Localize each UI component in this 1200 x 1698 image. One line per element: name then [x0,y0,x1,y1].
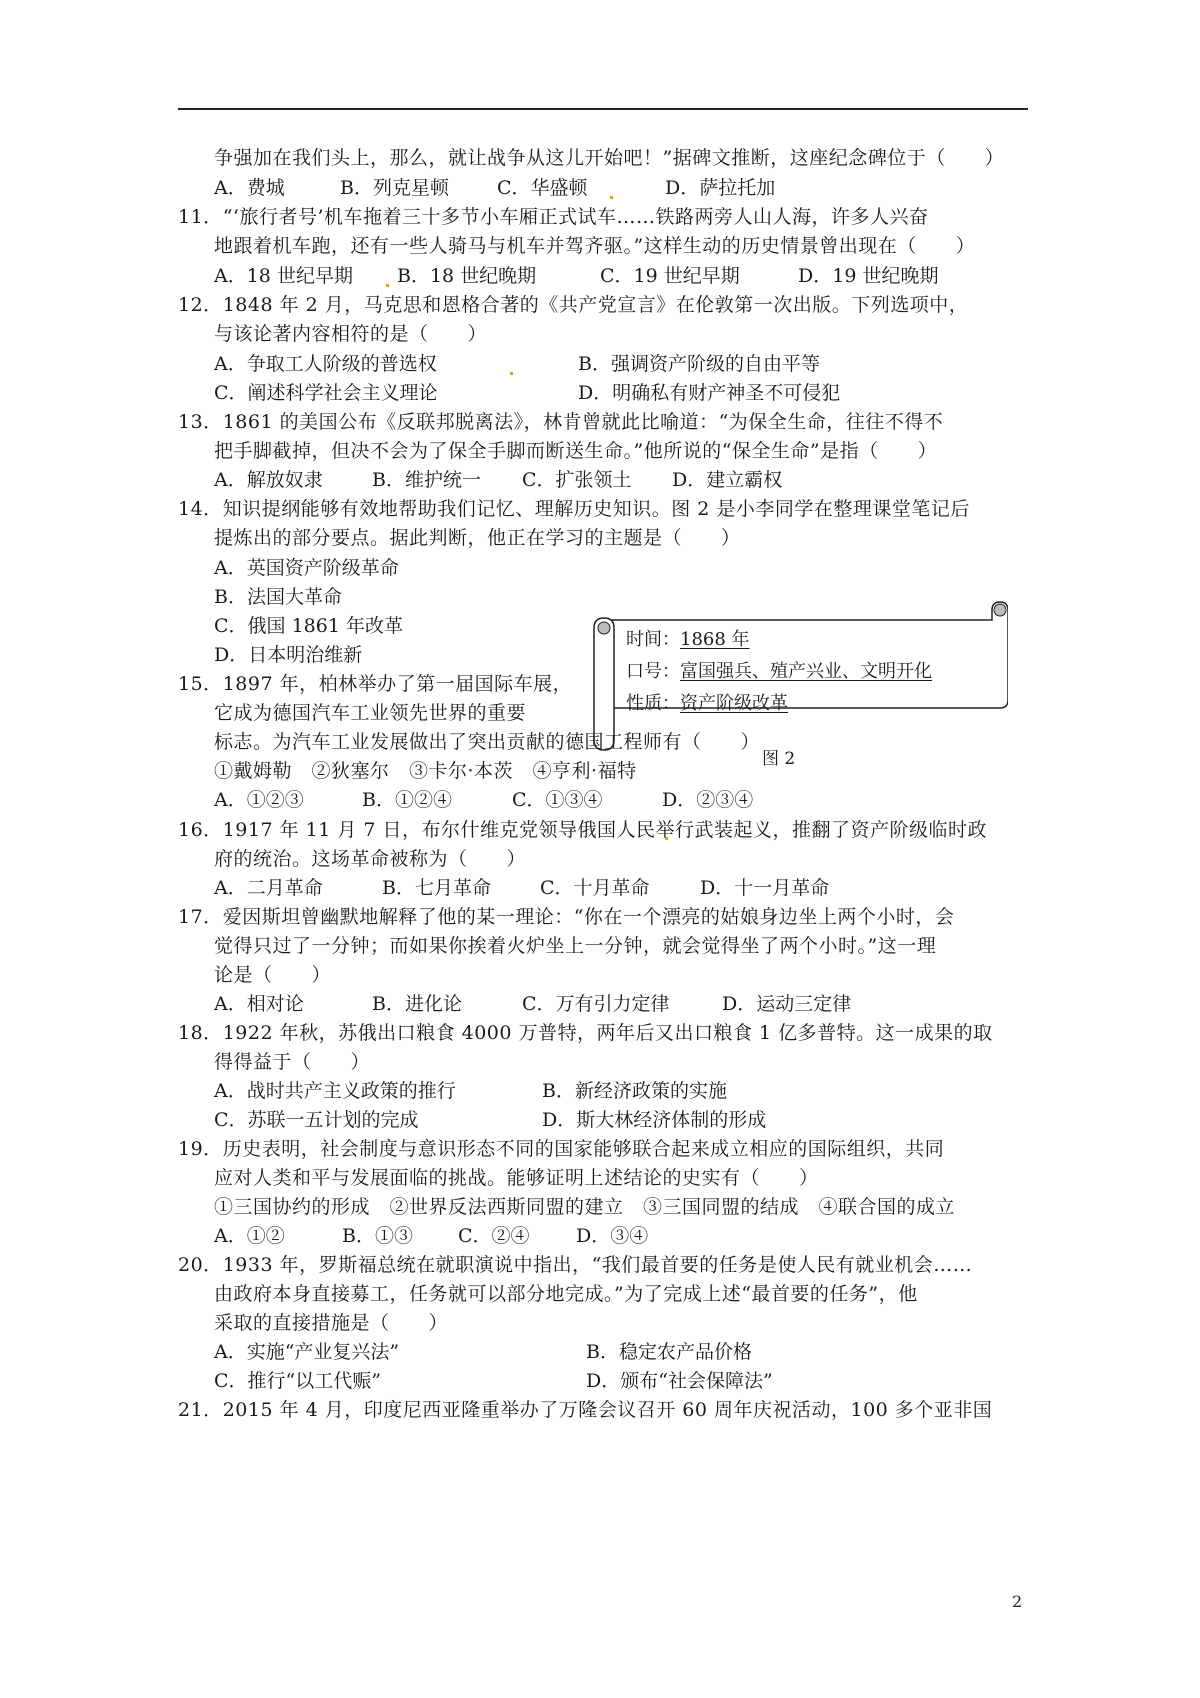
q15-option-c: C．①③④ [512,788,603,812]
figure-value-slogan: 富国强兵、殖产兴业、文明开化 [680,661,932,682]
q12-option-a: A．争取工人阶级的普选权 [214,352,437,376]
highlight-mark [510,372,513,375]
q17-line-3: 论是（ ） [214,963,331,987]
q16-option-c: C．十月革命 [540,876,650,900]
q20-option-c: C．推行“以工代赈” [214,1369,381,1393]
q12-line-2: 与该论著内容相符的是（ ） [214,322,487,346]
q12-option-d: D．明确私有财产神圣不可侵犯 [578,381,840,405]
q17-text: 17．爱因斯坦曾幽默地解释了他的某一理论：“你在一个漂亮的姑娘身边坐上两个小时，… [178,905,954,929]
figure-value-time: 1868 年 [680,629,750,650]
q15-items: ①戴姆勒 ②狄塞尔 ③卡尔·本茨 ④亨利·福特 [214,759,637,783]
q15-line-3: 标志。为汽车工业发展做出了突出贡献的德国工程师有（ ） [214,730,760,754]
q11-number: 11． [178,206,223,228]
highlight-mark [665,837,668,840]
q19-option-b: B．①③ [342,1224,413,1248]
q13-option-d: D．建立霸权 [672,468,782,492]
q11-option-d: D．19 世纪晚期 [798,264,938,288]
q18-option-c: C．苏联一五计划的完成 [214,1108,419,1132]
q10-option-d: D．萨拉托加 [665,176,775,200]
q15-option-b: B．①②④ [362,788,452,812]
figure-row-slogan: 口号：富国强兵、殖产兴业、文明开化 [626,660,932,684]
page-number: 2 [1012,1592,1022,1611]
q13-option-b: B．维护统一 [372,468,481,492]
q19-items: ①三国协约的形成 ②世界反法西斯同盟的建立 ③三国同盟的结成 ④联合国的成立 [214,1195,955,1219]
q20-line-3: 采取的直接措施是（ ） [214,1311,448,1335]
q11-option-b: B．18 世纪晚期 [397,264,536,288]
q17-option-d: D．运动三定律 [722,992,851,1016]
q11-text: 11．“‘旅行者号’机车拖着三十多节小车厢正式试车……铁路两旁人山人海，许多人兴… [178,205,928,229]
q19-option-d: D．③④ [576,1224,648,1248]
q14-text: 14．知识提纲能够有效地帮助我们记忆、理解历史知识。图 2 是小李同学在整理课堂… [178,497,970,521]
q15-option-a: A．①②③ [214,788,304,812]
q20-text: 20．1933 年，罗斯福总统在就职演说中指出，“我们最首要的任务是使人民有就业… [178,1253,972,1277]
q17-option-b: B．进化论 [372,992,462,1016]
q15-line-2: 它成为德国汽车工业领先世界的重要 [214,701,526,725]
highlight-mark [610,196,613,199]
figure-row-nature: 性质：资产阶级改革 [626,692,788,716]
q13-option-a: A．解放奴隶 [214,468,323,492]
q16-option-d: D．十一月革命 [700,876,829,900]
q14-option-a: A．英国资产阶级革命 [214,556,399,580]
q10-line-1: 争强加在我们头上，那么，就让战争从这儿开始吧！”据碑文推断，这座纪念碑位于（ ） [214,146,1004,170]
q15-option-d: D．②③④ [662,788,753,812]
q17-line-2: 觉得只过了一分钟；而如果你挨着火炉坐上一分钟，就会觉得坐了两个小时。”这一理 [214,934,936,958]
q15-text: 15．1897 年，柏林举办了第一届国际车展， [178,672,572,696]
q16-text: 16．1917 年 11 月 7 日，布尔什维克党领导俄国人民举行武装起义，推翻… [178,818,987,842]
q11-option-a: A．18 世纪早期 [214,264,353,288]
highlight-mark [386,284,389,287]
q17-option-c: C．万有引力定律 [522,992,670,1016]
q12-text: 12．1848 年 2 月，马克思和恩格合著的《共产党宣言》在伦敦第一次出版。下… [178,293,968,317]
q11-line-2: 地跟着机车跑，还有一些人骑马与机车并驾齐驱。”这样生动的历史情景曾出现在（ ） [214,234,975,258]
q18-option-b: B．新经济政策的实施 [542,1079,727,1103]
q20-option-b: B．稳定农产品价格 [586,1340,752,1364]
q16-option-b: B．七月革命 [382,876,491,900]
header-rule [178,108,1028,110]
figure-caption: 图 2 [762,744,795,769]
q16-option-a: A．二月革命 [214,876,323,900]
q12-option-b: B．强调资产阶级的自由平等 [578,352,820,376]
q18-line-2: 得得益于（ ） [214,1050,370,1074]
q19-option-a: A．①② [214,1224,285,1248]
q13-text: 13．1861 的美国公布《反联邦脱离法》，林肯曾就此比喻道：“为保全生命，往往… [178,410,943,434]
q19-text: 19．历史表明，社会制度与意识形态不同的国家能够联合起来成立相应的国际组织，共同 [178,1137,944,1161]
q20-line-2: 由政府本身直接募工，任务就可以部分地完成。”为了完成上述“最首要的任务”，他 [214,1282,918,1306]
q18-option-a: A．战时共产主义政策的推行 [214,1079,456,1103]
q10-option-a: A．费城 [214,176,285,200]
q12-option-c: C．阐述科学社会主义理论 [214,381,438,405]
q19-option-c: C．②④ [458,1224,530,1248]
figure-row-time: 时间：1868 年 [626,628,750,652]
q21-text: 21．2015 年 4 月，印度尼西亚隆重举办了万隆会议召开 60 周年庆祝活动… [178,1398,992,1422]
figure-value-nature: 资产阶级改革 [680,693,788,714]
q19-line-2: 应对人类和平与发展面临的挑战。能够证明上述结论的史实有（ ） [214,1166,819,1190]
q14-option-b: B．法国大革命 [214,585,342,609]
q11-option-c: C．19 世纪早期 [600,264,740,288]
q13-line-2: 把手脚截掉，但决不会为了保全手脚而断送生命。”他所说的“保全生命”是指（ ） [214,439,937,463]
q18-option-d: D．斯大林经济体制的形成 [542,1108,766,1132]
q17-option-a: A．相对论 [214,992,304,1016]
q13-option-c: C．扩张领土 [522,468,632,492]
q10-option-b: B．列克星顿 [340,176,449,200]
q10-option-c: C．华盛顿 [497,176,588,200]
q20-option-a: A．实施“产业复兴法” [214,1340,399,1364]
q14-line-2: 提炼出的部分要点。据此判断，他正在学习的主题是（ ） [214,526,741,550]
q18-text: 18．1922 年秋，苏俄出口粮食 4000 万普特，两年后又出口粮食 1 亿多… [178,1021,993,1045]
q20-option-d: D．颁布“社会保障法” [586,1369,773,1393]
q14-option-d: D．日本明治维新 [214,643,362,667]
q16-line-2: 府的统治。这场革命被称为（ ） [214,847,526,871]
q14-option-c: C．俄国 1861 年改革 [214,614,403,638]
